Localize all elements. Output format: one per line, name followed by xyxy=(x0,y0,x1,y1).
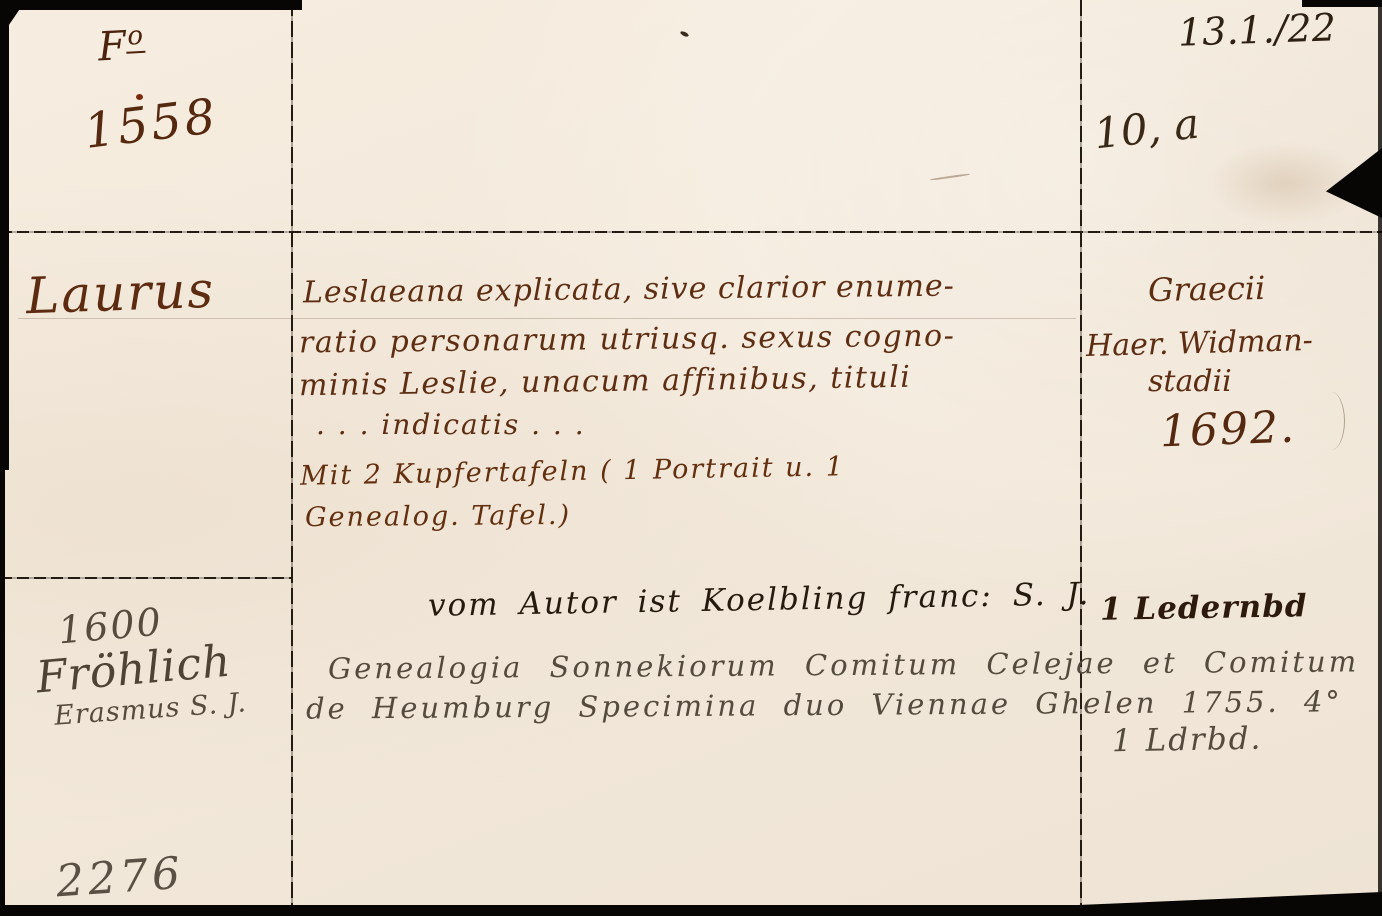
shelfmark: 10, a xyxy=(1092,99,1202,159)
accession-date: 13.1./22 xyxy=(1177,5,1336,54)
note-line-2: Genealog. Tafel.) xyxy=(305,500,571,533)
imprint-year: 1692. xyxy=(1159,402,1297,458)
title-line-2: ratio personarum utriusq. sexus cogno- xyxy=(299,319,956,361)
addendum-line-1: Genealogia Sonnekiorum Comitum Celejae e… xyxy=(328,644,1359,685)
title-line-3: minis Leslie, unacum affinibus, tituli xyxy=(299,360,912,404)
imprint-publisher-2: stadii xyxy=(1148,364,1232,399)
footer-number: 2276 xyxy=(54,848,185,908)
imprint-place: Graecii xyxy=(1148,269,1266,309)
edge-bottom-right-wedge xyxy=(822,892,1382,916)
pencil-scratch xyxy=(930,173,970,181)
imprint-publisher-1: Haer. Widman- xyxy=(1086,323,1314,364)
row-rule-author xyxy=(0,577,293,579)
title-line-1: Leslaeana explicata, sive clarior enume- xyxy=(303,269,955,311)
title-line-4: . . . indicatis . . . xyxy=(316,408,586,441)
format-ordinal: o xyxy=(125,21,146,54)
card-number: 1558 xyxy=(81,88,221,160)
binding-note-bottom: 1 Ldrbd. xyxy=(1112,721,1263,760)
format-letter: F xyxy=(97,23,127,70)
format-mark: Fo xyxy=(97,21,147,71)
paper-wrinkle xyxy=(1318,392,1345,450)
binding-note-top: 1 Ledernbd xyxy=(1100,588,1308,628)
addendum-line-2: de Heumburg Specimina duo Viennae Ghelen… xyxy=(306,684,1343,725)
note-line-1: Mit 2 Kupfertafeln ( 1 Portrait u. 1 xyxy=(300,451,845,492)
row-rule-top xyxy=(0,231,1382,233)
edge-top-right xyxy=(1302,0,1382,7)
catalog-card-scan: Fo 1558 13.1./22 10, a Laurus Leslaeana … xyxy=(0,0,1382,916)
edge-left-lower xyxy=(0,420,5,916)
ink-fleck xyxy=(680,30,690,37)
ink-speck xyxy=(136,94,143,100)
index-card: Fo 1558 13.1./22 10, a Laurus Leslaeana … xyxy=(0,0,1382,916)
edge-top-left xyxy=(0,0,302,10)
annotation-line: vom Autor ist Koelbling franc: S. J. xyxy=(428,576,1091,624)
column-rule-left xyxy=(291,0,293,916)
column-rule-right xyxy=(1080,0,1082,916)
heading-word: Laurus xyxy=(25,261,216,326)
edge-left-upper xyxy=(0,0,9,470)
edge-right xyxy=(1378,0,1382,916)
